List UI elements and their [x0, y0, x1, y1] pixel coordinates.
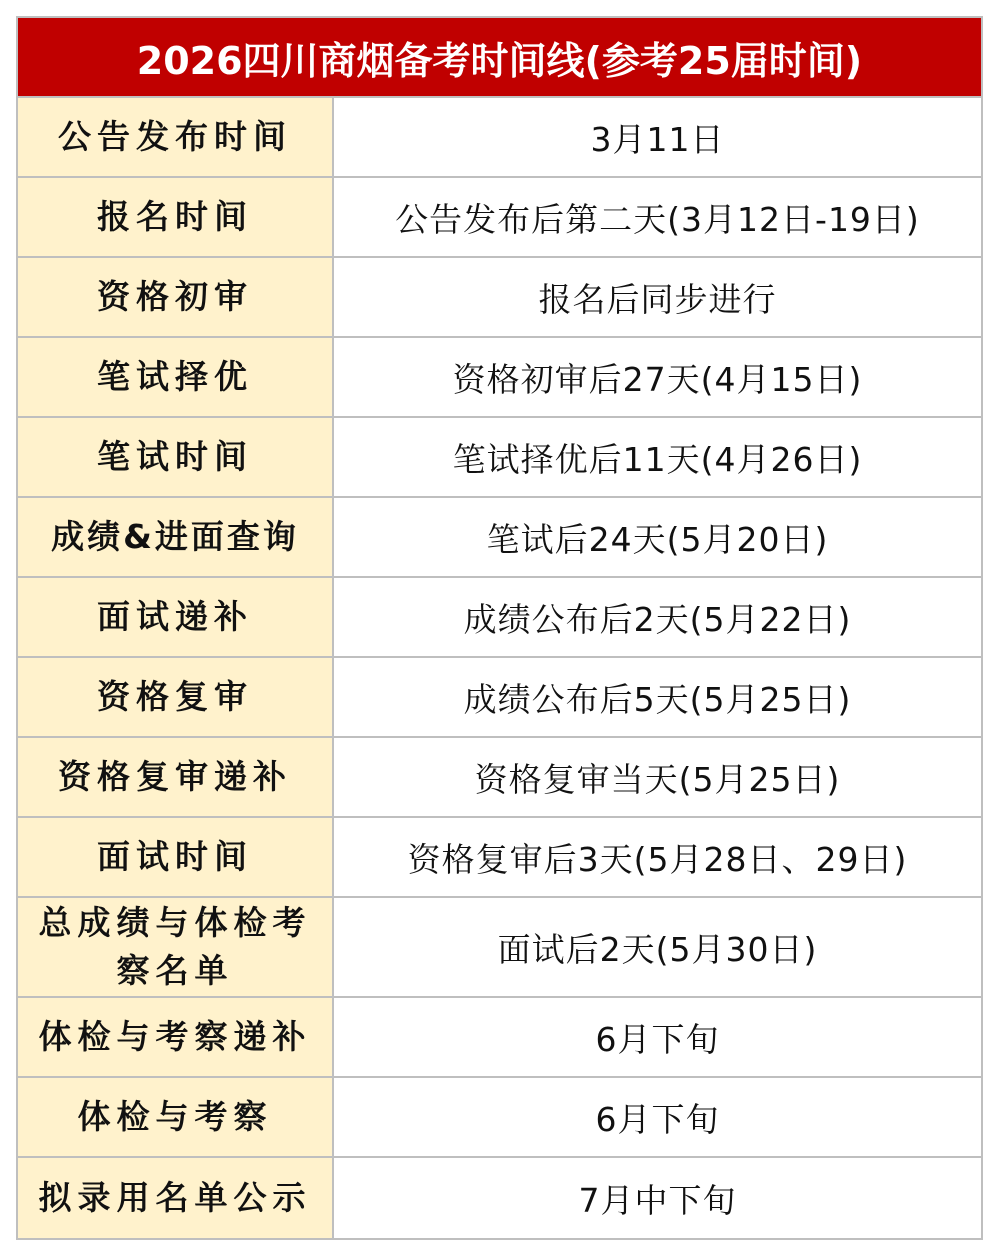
row-value: 资格复审后3天(5月28日、29日) [334, 818, 981, 896]
table-row: 成绩&进面查询 笔试后24天(5月20日) [18, 498, 981, 578]
table-row: 体检与考察 6月下旬 [18, 1078, 981, 1158]
table-row: 资格初审 报名后同步进行 [18, 258, 981, 338]
table-row: 资格复审 成绩公布后5天(5月25日) [18, 658, 981, 738]
table-row: 报名时间 公告发布后第二天(3月12日-19日) [18, 178, 981, 258]
row-label: 拟录用名单公示 [18, 1158, 334, 1238]
row-value: 资格复审当天(5月25日) [334, 738, 981, 816]
table-row: 笔试时间 笔试择优后11天(4月26日) [18, 418, 981, 498]
row-label: 总成绩与体检考察名单 [18, 898, 334, 996]
row-label: 笔试择优 [18, 338, 334, 416]
row-value: 笔试择优后11天(4月26日) [334, 418, 981, 496]
table-row: 面试时间 资格复审后3天(5月28日、29日) [18, 818, 981, 898]
table-row: 公告发布时间 3月11日 [18, 98, 981, 178]
row-value: 资格初审后27天(4月15日) [334, 338, 981, 416]
row-label: 体检与考察 [18, 1078, 334, 1156]
row-label: 面试递补 [18, 578, 334, 656]
timeline-table: 2026四川商烟备考时间线(参考25届时间) 公告发布时间 3月11日 报名时间… [16, 16, 983, 1240]
row-value: 6月下旬 [334, 1078, 981, 1156]
row-label: 公告发布时间 [18, 98, 334, 176]
row-label: 面试时间 [18, 818, 334, 896]
table-title: 2026四川商烟备考时间线(参考25届时间) [18, 18, 981, 98]
row-value: 公告发布后第二天(3月12日-19日) [334, 178, 981, 256]
row-value: 成绩公布后2天(5月22日) [334, 578, 981, 656]
table-row: 体检与考察递补 6月下旬 [18, 998, 981, 1078]
table-row: 总成绩与体检考察名单 面试后2天(5月30日) [18, 898, 981, 998]
table-row: 面试递补 成绩公布后2天(5月22日) [18, 578, 981, 658]
table-row: 拟录用名单公示 7月中下旬 [18, 1158, 981, 1238]
row-label: 成绩&进面查询 [18, 498, 334, 576]
row-label: 资格复审 [18, 658, 334, 736]
row-value: 笔试后24天(5月20日) [334, 498, 981, 576]
row-label: 资格初审 [18, 258, 334, 336]
row-value: 7月中下旬 [334, 1158, 981, 1238]
row-label: 报名时间 [18, 178, 334, 256]
table-row: 资格复审递补 资格复审当天(5月25日) [18, 738, 981, 818]
row-label: 资格复审递补 [18, 738, 334, 816]
row-value: 报名后同步进行 [334, 258, 981, 336]
row-value: 成绩公布后5天(5月25日) [334, 658, 981, 736]
row-label: 体检与考察递补 [18, 998, 334, 1076]
row-label: 笔试时间 [18, 418, 334, 496]
table-row: 笔试择优 资格初审后27天(4月15日) [18, 338, 981, 418]
row-value: 3月11日 [334, 98, 981, 176]
row-value: 6月下旬 [334, 998, 981, 1076]
row-value: 面试后2天(5月30日) [334, 898, 981, 996]
